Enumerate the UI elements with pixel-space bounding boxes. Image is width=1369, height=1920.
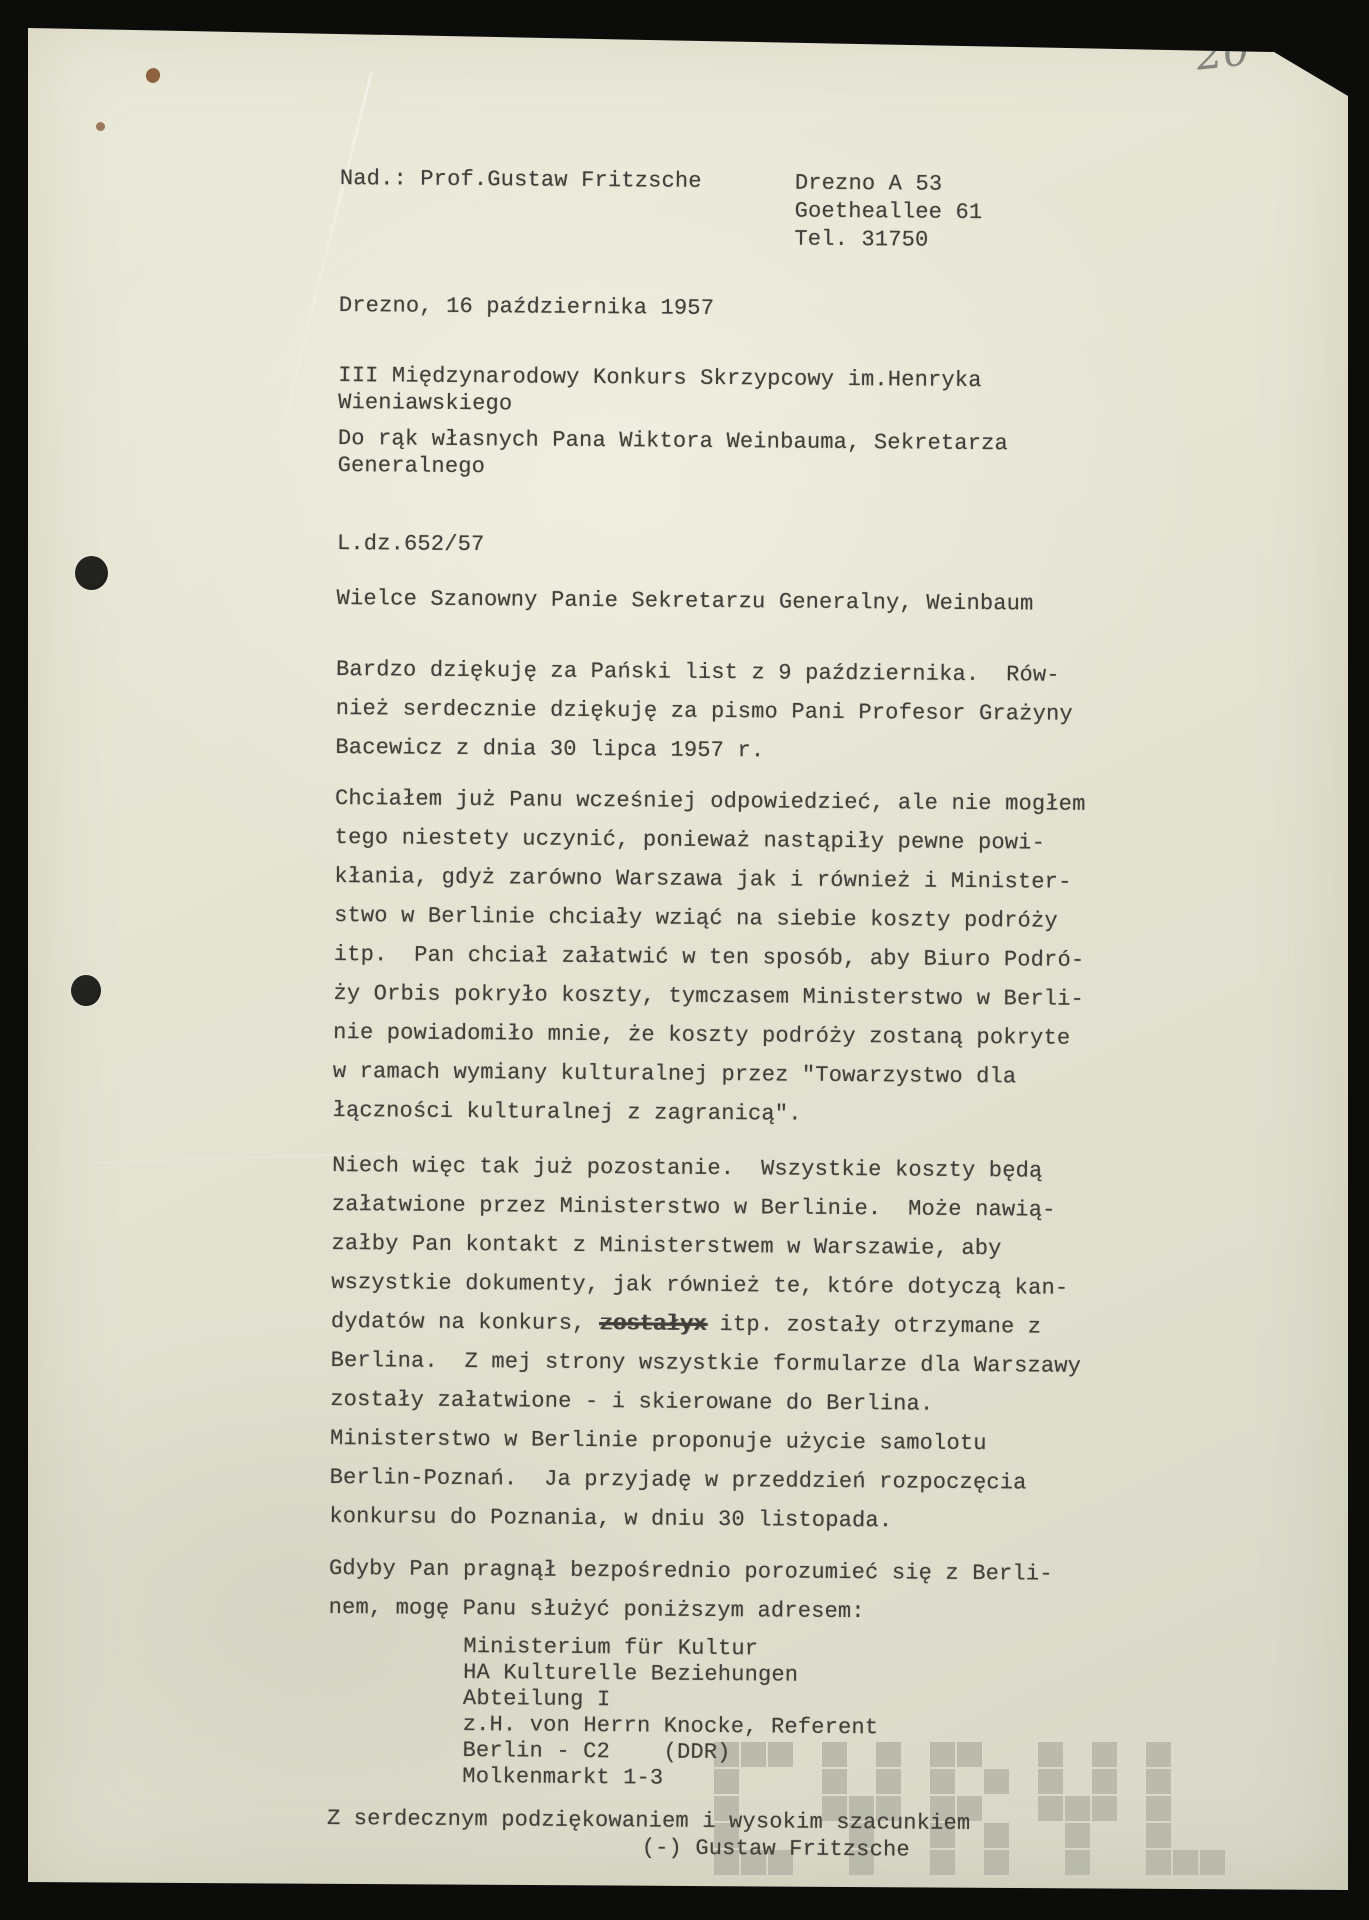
text-line: Berlin-Poznań. Ja przyjadę w przeddzień … [330,1458,1081,1503]
text-line: Abteilung I [463,1686,879,1715]
recipient-person: Do rąk własnych Pana Wiktora Weinbauma, … [338,425,1009,484]
signature-line: (-) Gustaw Fritzsche [642,1835,910,1862]
sender-address: Drezno A 53Goetheallee 61Tel. 31750 [794,170,982,255]
sender-line: Nad.: Prof.Gustaw Fritzsche [340,166,702,194]
text-line: Ministerstwo w Berlinie proponuje użycie… [330,1419,1081,1464]
text-line: Tel. 31750 [794,226,982,255]
paper-sheet: 20 Nad.: Prof.Gustaw Fritzsche Drezno A … [28,22,1348,1890]
text-line: zostały załatwione - i skierowane do Ber… [330,1380,1081,1425]
text-line: Bacewicz z dnia 30 lipca 1957 r. [335,728,1072,773]
letter-content: Nad.: Prof.Gustaw Fritzsche Drezno A 53G… [14,20,1349,1898]
text-line: dydatów na konkurs, zostałyx itp. został… [331,1302,1082,1347]
page-number-handwritten: 20 [1194,25,1252,79]
text-line: z.H. von Herrn Knocke, Referent [463,1712,879,1741]
text-line: Berlina. Z mej strony wszystkie formular… [330,1341,1081,1386]
text-line: Chciałem już Panu wcześniej odpowiedzieć… [335,779,1086,824]
text-line: Wieniawskiego [338,389,982,421]
text-line: HA Kulturelle Beziehungen [463,1660,879,1689]
body-paragraph-1: Bardzo dziękuję za Pański list z 9 paźdz… [335,650,1073,773]
text-line: Molkenmarkt 1-3 [462,1764,878,1793]
text-line: Bardzo dziękuję za Pański list z 9 paźdz… [336,650,1073,695]
text-line: tego niestety uczynić, ponieważ nastąpił… [335,818,1086,863]
text-line: załby Pan kontakt z Ministerstwem w Wars… [331,1224,1082,1269]
text-line: w ramach wymiany kulturalnej przez "Towa… [333,1052,1084,1097]
text-line: Gdyby Pan pragnął bezpośrednio porozumie… [329,1549,1053,1594]
text-line: itp. Pan chciał załatwić w ten sposób, a… [334,935,1085,980]
text-line: Ministerium für Kultur [463,1634,879,1663]
struck-out-word: zostałyx [599,1311,706,1337]
scanned-letter-page: 20 Nad.: Prof.Gustaw Fritzsche Drezno A … [0,0,1369,1920]
text-line: ży Orbis pokryło koszty, tymczasem Minis… [333,974,1084,1019]
text-line: Generalnego [338,452,1008,484]
body-paragraph-4: Gdyby Pan pragnął bezpośrednio porozumie… [329,1549,1053,1633]
text-line: łączności kulturalnej z zagranicą". [332,1091,1083,1136]
body-paragraph-2: Chciałem już Panu wcześniej odpowiedzieć… [332,779,1085,1136]
text-line: konkursu do Poznania, w dniu 30 listopad… [329,1497,1080,1542]
text-line: Berlin - C2 (DDR) [462,1738,878,1767]
text-line: nież serdecznie dziękuję za pismo Pani P… [336,689,1073,734]
text-line: Drezno A 53 [795,170,983,199]
closing-line: Z serdecznym podziękowaniem i wysokim sz… [327,1806,970,1836]
text-line: Niech więc tak już pozostanie. Wszystkie… [332,1146,1083,1191]
text-line: nem, mogę Panu służyć poniższym adresem: [329,1588,1053,1633]
body-paragraph-3: Niech więc tak już pozostanie. Wszystkie… [329,1146,1083,1542]
recipient-organization: III Międzynarodowy Konkurs Skrzypcowy im… [338,362,982,421]
salutation: Wielce Szanowny Panie Sekretarzu General… [337,586,1034,616]
dateline: Drezno, 16 października 1957 [339,293,714,321]
text-line: wszystkie dokumenty, jak również te, któ… [331,1263,1082,1308]
reference-number: L.dz.652/57 [337,531,485,557]
stain [96,122,105,131]
text-line: kłania, gdyż zarówno Warszawa jak i równ… [334,857,1085,902]
text-line: Goetheallee 61 [795,198,983,227]
german-contact-address: Ministerium für KulturHA Kulturelle Bezi… [462,1634,879,1793]
text-line: nie powiadomiło mnie, że koszty podróży … [333,1013,1084,1058]
text-line: stwo w Berlinie chciały wziąć na siebie … [334,896,1085,941]
text-line: załatwione przez Ministerstwo w Berlinie… [332,1185,1083,1230]
punch-hole-bottom [71,975,101,1006]
punch-hole-top [75,556,108,590]
